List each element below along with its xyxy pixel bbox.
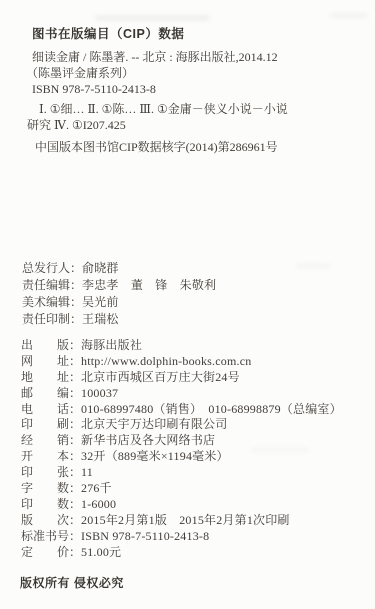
staff-row: 责任编辑：李忠孝 董 锋 朱敬利 (22, 277, 216, 294)
label-colon: ： (70, 277, 82, 294)
publication-label: 开本 (21, 449, 69, 465)
publication-label: 定价 (21, 545, 69, 561)
copyright-page: 图书在版编目（CIP）数据 细读金庸 / 陈墨著. -- 北京 : 海豚出版社,… (0, 0, 375, 609)
publication-value: 海豚出版社 (81, 338, 142, 354)
label-colon: ： (69, 545, 81, 561)
cip-description-line: 细读金庸 / 陈墨著. -- 北京 : 海豚出版社,2014.12 (32, 49, 278, 65)
staff-value: 吴光前 (82, 294, 119, 311)
label-colon: ： (69, 497, 81, 513)
cip-header-title: 图书在版编目（CIP）数据 (32, 24, 184, 42)
publication-value: 100037 (81, 386, 118, 402)
staff-row: 责任印制：王瑞松 (22, 311, 216, 328)
staff-list: 总发行人：俞晓群 责任编辑：李忠孝 董 锋 朱敬利 美术编辑：吴光前 责任印制：… (22, 260, 216, 328)
publication-value: 010-68997480（销售） 010-68998879（总编室） (81, 402, 342, 418)
publication-row: 开本：32开（889毫米×1194毫米） (21, 449, 342, 465)
staff-label: 责任编辑 (22, 277, 70, 294)
publication-row: 定价：51.00元 (21, 545, 342, 561)
publication-value: 北京天宇万达印刷有限公司 (81, 417, 227, 433)
publication-label: 地址 (21, 370, 69, 386)
cip-isbn-line: ISBN 978-7-5110-2413-8 (32, 81, 278, 97)
staff-label: 美术编辑 (22, 294, 70, 311)
scan-smudge (296, 263, 330, 269)
scan-smudge (330, 13, 368, 18)
publication-row: 邮编：100037 (21, 386, 342, 402)
publication-value: 276千 (81, 481, 112, 497)
publication-label: 标准书号 (21, 529, 69, 545)
label-colon: ： (69, 386, 81, 402)
publication-label: 邮编 (21, 386, 69, 402)
publication-row: 出版：海豚出版社 (21, 338, 342, 354)
publication-row: 网址：http://www.dolphin-books.com.cn (21, 354, 342, 370)
publication-label: 字数 (21, 481, 69, 497)
staff-value: 李忠孝 董 锋 朱敬利 (82, 277, 216, 294)
publication-value: http://www.dolphin-books.com.cn (81, 354, 251, 370)
cip-series-line: （陈墨评金庸系列） (26, 65, 278, 81)
publication-label: 版次 (21, 513, 69, 529)
publication-value: 北京市西城区百万庄大街24号 (81, 370, 240, 386)
publication-value: 11 (81, 465, 93, 481)
label-colon: ： (69, 449, 81, 465)
publication-row: 字数：276千 (21, 481, 342, 497)
publication-label: 印张 (21, 465, 69, 481)
label-colon: ： (70, 260, 82, 277)
publication-label: 电话 (21, 402, 69, 418)
label-colon: ： (70, 311, 82, 328)
label-colon: ： (69, 465, 81, 481)
cip-description-block: 细读金庸 / 陈墨著. -- 北京 : 海豚出版社,2014.12 （陈墨评金庸… (32, 49, 278, 97)
publication-value: 新华书店及各大网络书店 (81, 433, 215, 449)
staff-row: 美术编辑：吴光前 (22, 294, 216, 311)
classification-block: Ⅰ. ①细… Ⅱ. ①陈… Ⅲ. ①金庸－侠义小说－小说 研究 Ⅳ. ①I207… (27, 101, 341, 133)
publication-list: 出版：海豚出版社 网址：http://www.dolphin-books.com… (21, 338, 342, 560)
staff-label: 总发行人 (22, 260, 70, 277)
publication-row: 经销：新华书店及各大网络书店 (21, 433, 342, 449)
publication-label: 印刷 (21, 417, 69, 433)
staff-value: 王瑞松 (82, 311, 119, 328)
classification-line-2: 研究 Ⅳ. ①I207.425 (27, 117, 341, 133)
publication-value: 1-6000 (81, 497, 116, 513)
label-colon: ： (69, 417, 81, 433)
label-colon: ： (69, 338, 81, 354)
cip-record-number: 中国版本图书馆CIP数据核字(2014)第286961号 (35, 138, 278, 155)
classification-line-1: Ⅰ. ①细… Ⅱ. ①陈… Ⅲ. ①金庸－侠义小说－小说 (27, 101, 341, 117)
staff-value: 俞晓群 (82, 260, 119, 277)
publication-row: 版次：2015年2月第1版 2015年2月第1次印刷 (21, 513, 342, 529)
label-colon: ： (69, 354, 81, 370)
publication-row: 地址：北京市西城区百万庄大街24号 (21, 370, 342, 386)
publication-value: ISBN 978-7-5110-2413-8 (81, 529, 209, 545)
publication-label: 印数 (21, 497, 69, 513)
label-colon: ： (69, 481, 81, 497)
label-colon: ： (69, 513, 81, 529)
publication-value: 2015年2月第1版 2015年2月第1次印刷 (81, 513, 290, 529)
publication-label: 网址 (21, 354, 69, 370)
label-colon: ： (69, 529, 81, 545)
publication-row: 印张：11 (21, 465, 342, 481)
publication-row: 印数：1-6000 (21, 497, 342, 513)
staff-row: 总发行人：俞晓群 (22, 260, 216, 277)
label-colon: ： (69, 433, 81, 449)
publication-label: 出版 (21, 338, 69, 354)
scan-smudge (95, 15, 210, 21)
publication-row: 标准书号：ISBN 978-7-5110-2413-8 (21, 529, 342, 545)
copyright-notice: 版权所有 侵权必究 (20, 574, 124, 591)
label-colon: ： (70, 294, 82, 311)
label-colon: ： (69, 402, 81, 418)
publication-row: 电话：010-68997480（销售） 010-68998879（总编室） (21, 402, 342, 418)
publication-value: 32开（889毫米×1194毫米） (81, 449, 229, 465)
publication-row: 印刷：北京天宇万达印刷有限公司 (21, 417, 342, 433)
staff-label: 责任印制 (22, 311, 70, 328)
label-colon: ： (69, 370, 81, 386)
publication-value: 51.00元 (81, 545, 121, 561)
publication-label: 经销 (21, 433, 69, 449)
